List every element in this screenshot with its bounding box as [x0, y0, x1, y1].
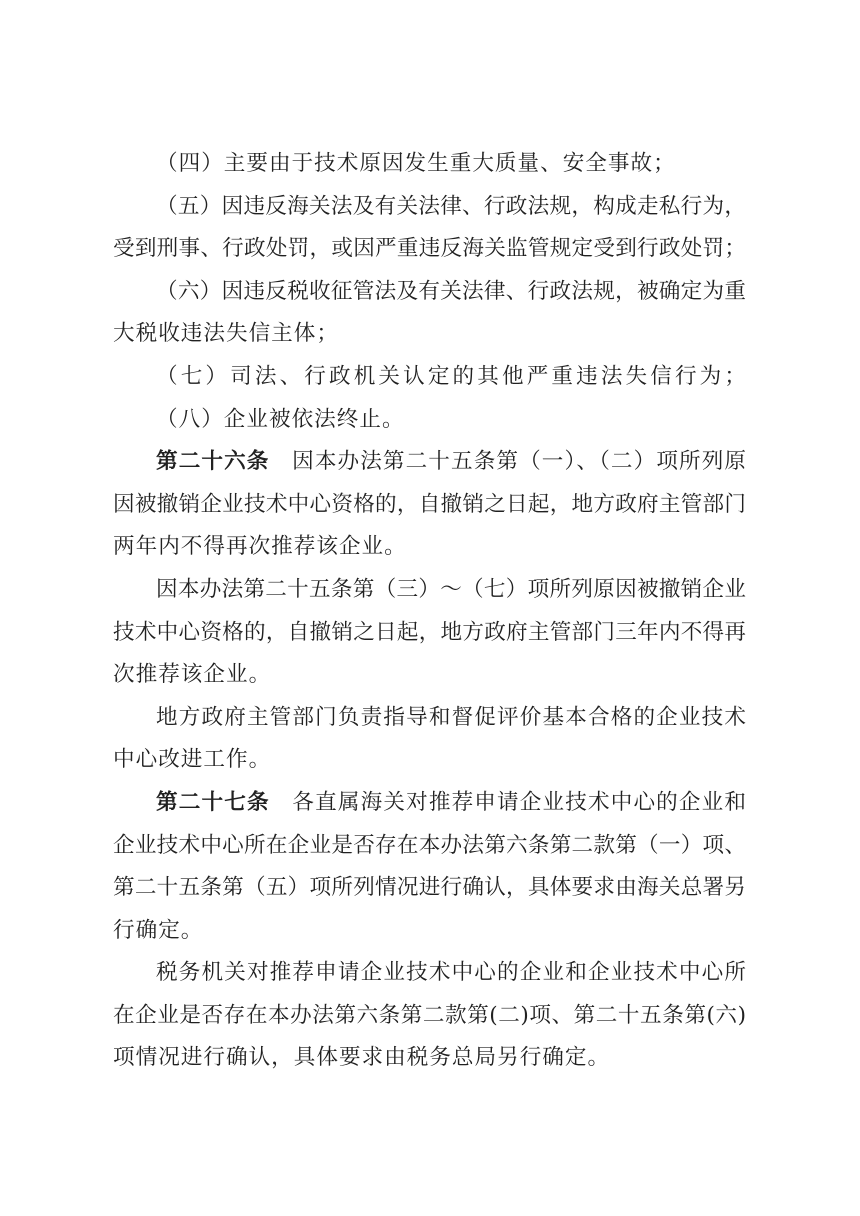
paragraph: （五）因违反海关法及有关法律、行政法规，构成走私行为， 受到刑事、行政处罚，或因…	[113, 186, 746, 271]
text-line: 次推荐该企业。	[113, 654, 746, 697]
text-line: 项情况进行确认，具体要求由税务总局另行确定。	[113, 1037, 746, 1080]
article-text: 各直属海关对推荐申请企业技术中心的企业和	[270, 790, 746, 815]
text-line: （五）因违反海关法及有关法律、行政法规，构成走私行为，	[113, 186, 746, 229]
text-line: 中心改进工作。	[113, 739, 746, 782]
document-text-block: （四）主要由于技术原因发生重大质量、安全事故； （五）因违反海关法及有关法律、行…	[113, 143, 746, 1080]
text-line: 税务机关对推荐申请企业技术中心的企业和企业技术中心所	[113, 952, 746, 995]
text-line: （七）司法、行政机关认定的其他严重违法失信行为；	[113, 356, 746, 399]
text-line: 大税收违法失信主体；	[113, 313, 746, 356]
text-line: 两年内不得再次推荐该企业。	[113, 526, 746, 569]
text-line: 在企业是否存在本办法第六条第二款第(二)项、第二十五条第(六)	[113, 995, 746, 1038]
text-line: 企业技术中心所在企业是否存在本办法第六条第二款第（一）项、	[113, 825, 746, 868]
paragraph: （四）主要由于技术原因发生重大质量、安全事故；	[113, 143, 746, 186]
paragraph-article-26: 第二十六条 因本办法第二十五条第（一）、（二）项所列原 因被撤销企业技术中心资格…	[113, 441, 746, 569]
text-line: 地方政府主管部门负责指导和督促评价基本合格的企业技术	[113, 697, 746, 740]
paragraph: （六）因违反税收征管法及有关法律、行政法规，被确定为重 大税收违法失信主体；	[113, 271, 746, 356]
text-line: 第二十六条 因本办法第二十五条第（一）、（二）项所列原	[113, 441, 746, 484]
paragraph: 因本办法第二十五条第（三）～（七）项所列原因被撤销企业 技术中心资格的，自撤销之…	[113, 569, 746, 697]
document-page: （四）主要由于技术原因发生重大质量、安全事故； （五）因违反海关法及有关法律、行…	[0, 0, 860, 1216]
paragraph: （七）司法、行政机关认定的其他严重违法失信行为；	[113, 356, 746, 399]
article-number: 第二十六条	[156, 449, 269, 474]
text-line: 技术中心资格的，自撤销之日起，地方政府主管部门三年内不得再	[113, 612, 746, 655]
text-line: （四）主要由于技术原因发生重大质量、安全事故；	[113, 143, 746, 186]
paragraph: 税务机关对推荐申请企业技术中心的企业和企业技术中心所 在企业是否存在本办法第六条…	[113, 952, 746, 1080]
paragraph: （八）企业被依法终止。	[113, 399, 746, 442]
text-line: 第二十七条 各直属海关对推荐申请企业技术中心的企业和	[113, 782, 746, 825]
text-line: 因被撤销企业技术中心资格的，自撤销之日起，地方政府主管部门	[113, 484, 746, 527]
text-line: （八）企业被依法终止。	[113, 399, 746, 442]
article-number: 第二十七条	[156, 790, 270, 815]
paragraph-article-27: 第二十七条 各直属海关对推荐申请企业技术中心的企业和 企业技术中心所在企业是否存…	[113, 782, 746, 952]
paragraph: 地方政府主管部门负责指导和督促评价基本合格的企业技术 中心改进工作。	[113, 697, 746, 782]
text-line: 受到刑事、行政处罚，或因严重违反海关监管规定受到行政处罚；	[113, 228, 746, 271]
text-line: 因本办法第二十五条第（三）～（七）项所列原因被撤销企业	[113, 569, 746, 612]
text-line: （六）因违反税收征管法及有关法律、行政法规，被确定为重	[113, 271, 746, 314]
text-line: 第二十五条第（五）项所列情况进行确认，具体要求由海关总署另	[113, 867, 746, 910]
article-text: 因本办法第二十五条第（一）、（二）项所列原	[269, 449, 746, 474]
text-line: 行确定。	[113, 910, 746, 953]
